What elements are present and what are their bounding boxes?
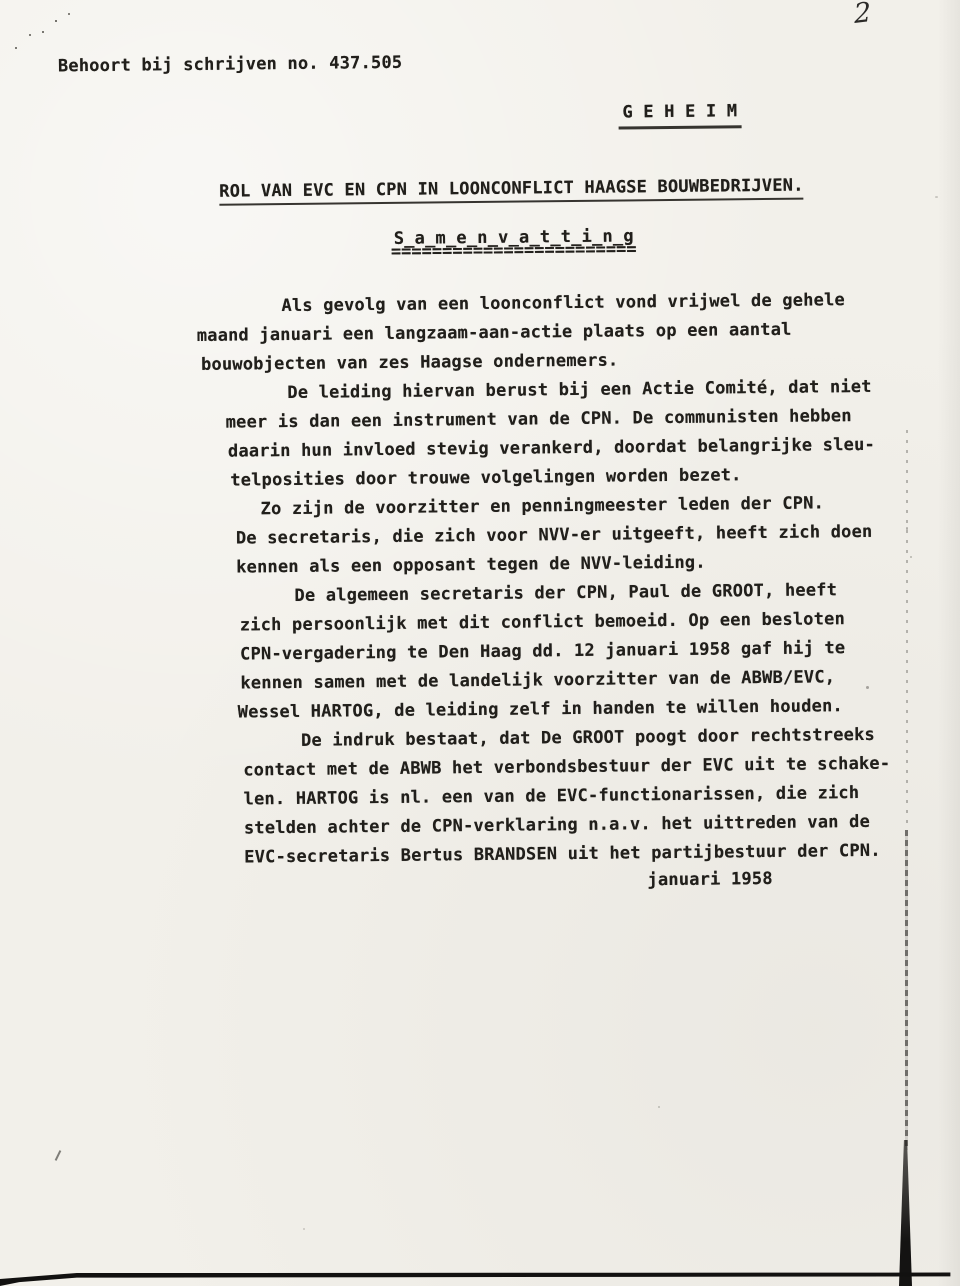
document-title: ROL VAN EVC EN CPN IN LOONCONFLICT HAAGS… [219,176,804,206]
section-heading: S_a_m_e_n_v_a_t_t_i_n_g ================… [394,228,637,261]
handwritten-page-number: 2 [853,0,872,30]
text-line: EVC-secretaris Bertus BRANDSEN uit het p… [202,836,912,872]
reference-line: Behoort bij schrijven no. 437.505 [58,53,403,77]
date-line: januari 1958 [647,869,772,890]
scan-right-edge-shade [938,0,960,1286]
summary-paragraphs: Als gevolg van een loonconflict vond vri… [196,286,912,873]
scan-speck [851,792,853,794]
scan-speck-trail [15,47,17,49]
scan-edge-streak-top [906,430,908,830]
classification-stamp: G E H E I M [618,101,741,129]
scan-speck [906,527,908,530]
scan-speck [303,1228,305,1230]
section-heading-underline: ======================== [391,241,637,261]
scan-speck [658,1106,660,1108]
scanned-document-page: Behoort bij schrijven no. 437.505 G E H … [0,0,960,1286]
scan-edge-streak-mid [905,830,908,1150]
scan-speck [866,686,869,689]
scan-speck [935,196,938,198]
scan-speck [910,556,912,558]
typed-content: Behoort bij schrijven no. 437.505 G E H … [0,0,960,1286]
